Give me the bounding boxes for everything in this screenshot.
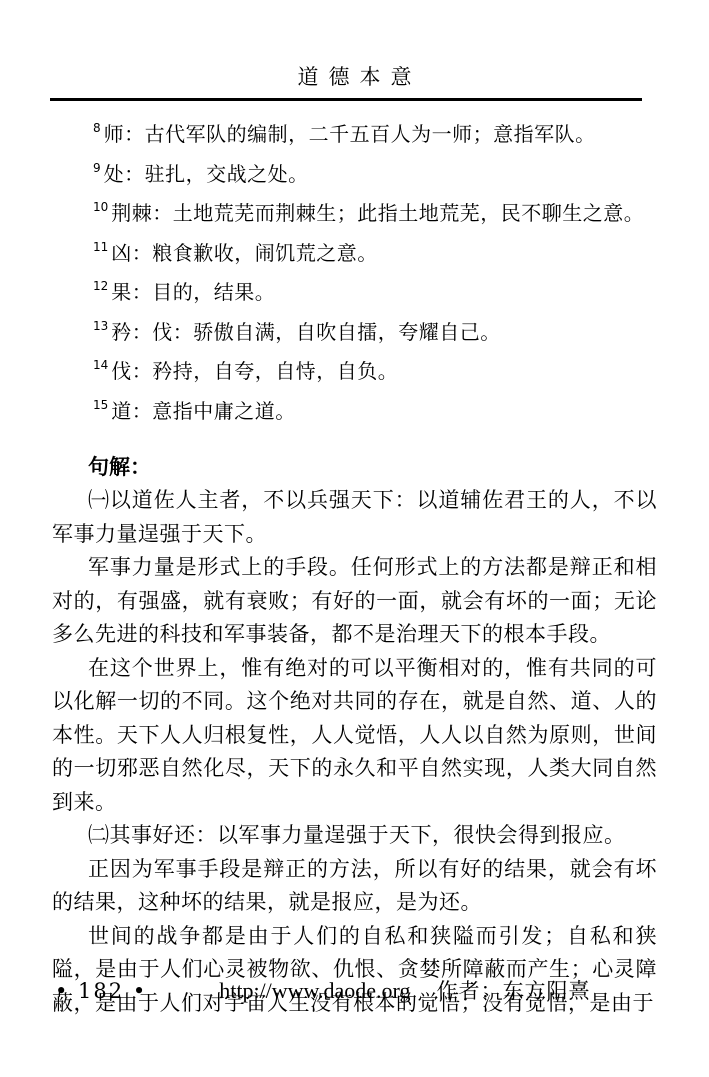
footnote-text: 处：驻扎，交战之处。 — [104, 162, 309, 186]
header-divider — [50, 98, 642, 101]
footnote-item: 9处：驻扎，交战之处。 — [93, 152, 703, 192]
footnote-item: 12果：目的，结果。 — [93, 270, 703, 310]
footnote-item: 14伐：矜持，自夸，自恃，自负。 — [93, 349, 703, 389]
footnote-item: 15道：意指中庸之道。 — [93, 389, 703, 429]
footnote-item: 11凶：粮食歉收，闹饥荒之意。 — [93, 231, 703, 271]
footnote-text: 伐：矜持，自夸，自恃，自负。 — [111, 359, 398, 383]
paragraph: 正因为军事手段是辩正的方法，所以有好的结果，就会有坏的结果，这种坏的结果，就是报… — [52, 853, 657, 920]
footnote-number: 8 — [93, 121, 101, 135]
page-footer: • 182 • http://www.daode.org 作者：东方阳熹 — [0, 975, 709, 1005]
body-text: ㈠以道佐人主者，不以兵强天下：以道辅佐君王的人，不以军事力量逞强于天下。 军事力… — [52, 484, 657, 1020]
footnote-number: 10 — [93, 200, 108, 214]
footnote-text: 荆棘：土地荒芜而荆棘生；此指土地荒芜，民不聊生之意。 — [111, 201, 644, 225]
footnote-number: 12 — [93, 279, 108, 293]
paragraph: 军事力量是形式上的手段。任何形式上的方法都是辩正和相对的，有强盛，就有衰败；有好… — [52, 551, 657, 652]
section-heading: 句解： — [88, 451, 657, 484]
footnotes-list: 8师：古代军队的编制，二千五百人为一师；意指军队。 9处：驻扎，交战之处。 10… — [93, 112, 703, 428]
footnote-item: 13矜：伐：骄傲自满，自吹自擂，夸耀自己。 — [93, 310, 703, 350]
site-url: http://www.daode.org — [219, 978, 410, 1004]
paragraph: ㈡其事好还：以军事力量逞强于天下，很快会得到报应。 — [52, 819, 657, 853]
book-page: 道德本意 8师：古代军队的编制，二千五百人为一师；意指军队。 9处：驻扎，交战之… — [0, 0, 709, 1077]
footnote-item: 10荆棘：土地荒芜而荆棘生；此指土地荒芜，民不聊生之意。 — [93, 191, 703, 231]
footnote-text: 道：意指中庸之道。 — [111, 399, 296, 423]
footnote-number: 13 — [93, 319, 108, 333]
paragraph: 在这个世界上，惟有绝对的可以平衡相对的，惟有共同的可以化解一切的不同。这个绝对共… — [52, 652, 657, 820]
footnote-number: 14 — [93, 358, 108, 372]
page-title: 道德本意 — [0, 0, 709, 90]
footnote-number: 9 — [93, 161, 101, 175]
footnote-text: 矜：伐：骄傲自满，自吹自擂，夸耀自己。 — [111, 320, 501, 344]
paragraph: ㈠以道佐人主者，不以兵强天下：以道辅佐君王的人，不以军事力量逞强于天下。 — [52, 484, 657, 551]
footnote-text: 凶：粮食歉收，闹饥荒之意。 — [111, 241, 378, 265]
page-number: • 182 • — [55, 979, 147, 1003]
author-credit: 作者：东方阳熹 — [436, 975, 590, 1005]
footnote-number: 15 — [93, 398, 108, 412]
footnote-text: 果：目的，结果。 — [111, 280, 275, 304]
footnote-number: 11 — [93, 240, 108, 254]
footnote-item: 8师：古代军队的编制，二千五百人为一师；意指军队。 — [93, 112, 703, 152]
footnote-text: 师：古代军队的编制，二千五百人为一师；意指军队。 — [104, 122, 596, 146]
